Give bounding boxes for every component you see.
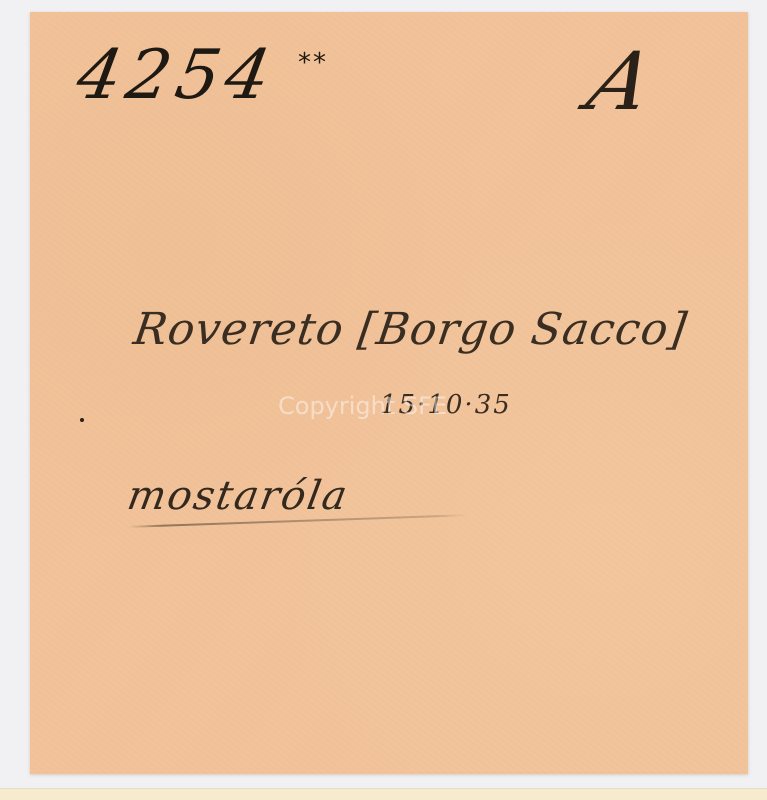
- locality-text: Rovereto [Borgo Sacco]: [131, 308, 690, 352]
- ink-dot: [80, 418, 84, 422]
- specimen-label-card: 4254 ** A Rovereto [Borgo Sacco] 15·10·3…: [30, 12, 748, 774]
- mount-edge-strip: [0, 788, 767, 800]
- common-name: mostaróla: [124, 476, 351, 516]
- copyright-watermark: Copyright SFE: [278, 392, 447, 420]
- section-letter: A: [579, 42, 663, 122]
- asterisk-marks: **: [298, 48, 328, 78]
- catalog-number: 4254: [72, 42, 281, 110]
